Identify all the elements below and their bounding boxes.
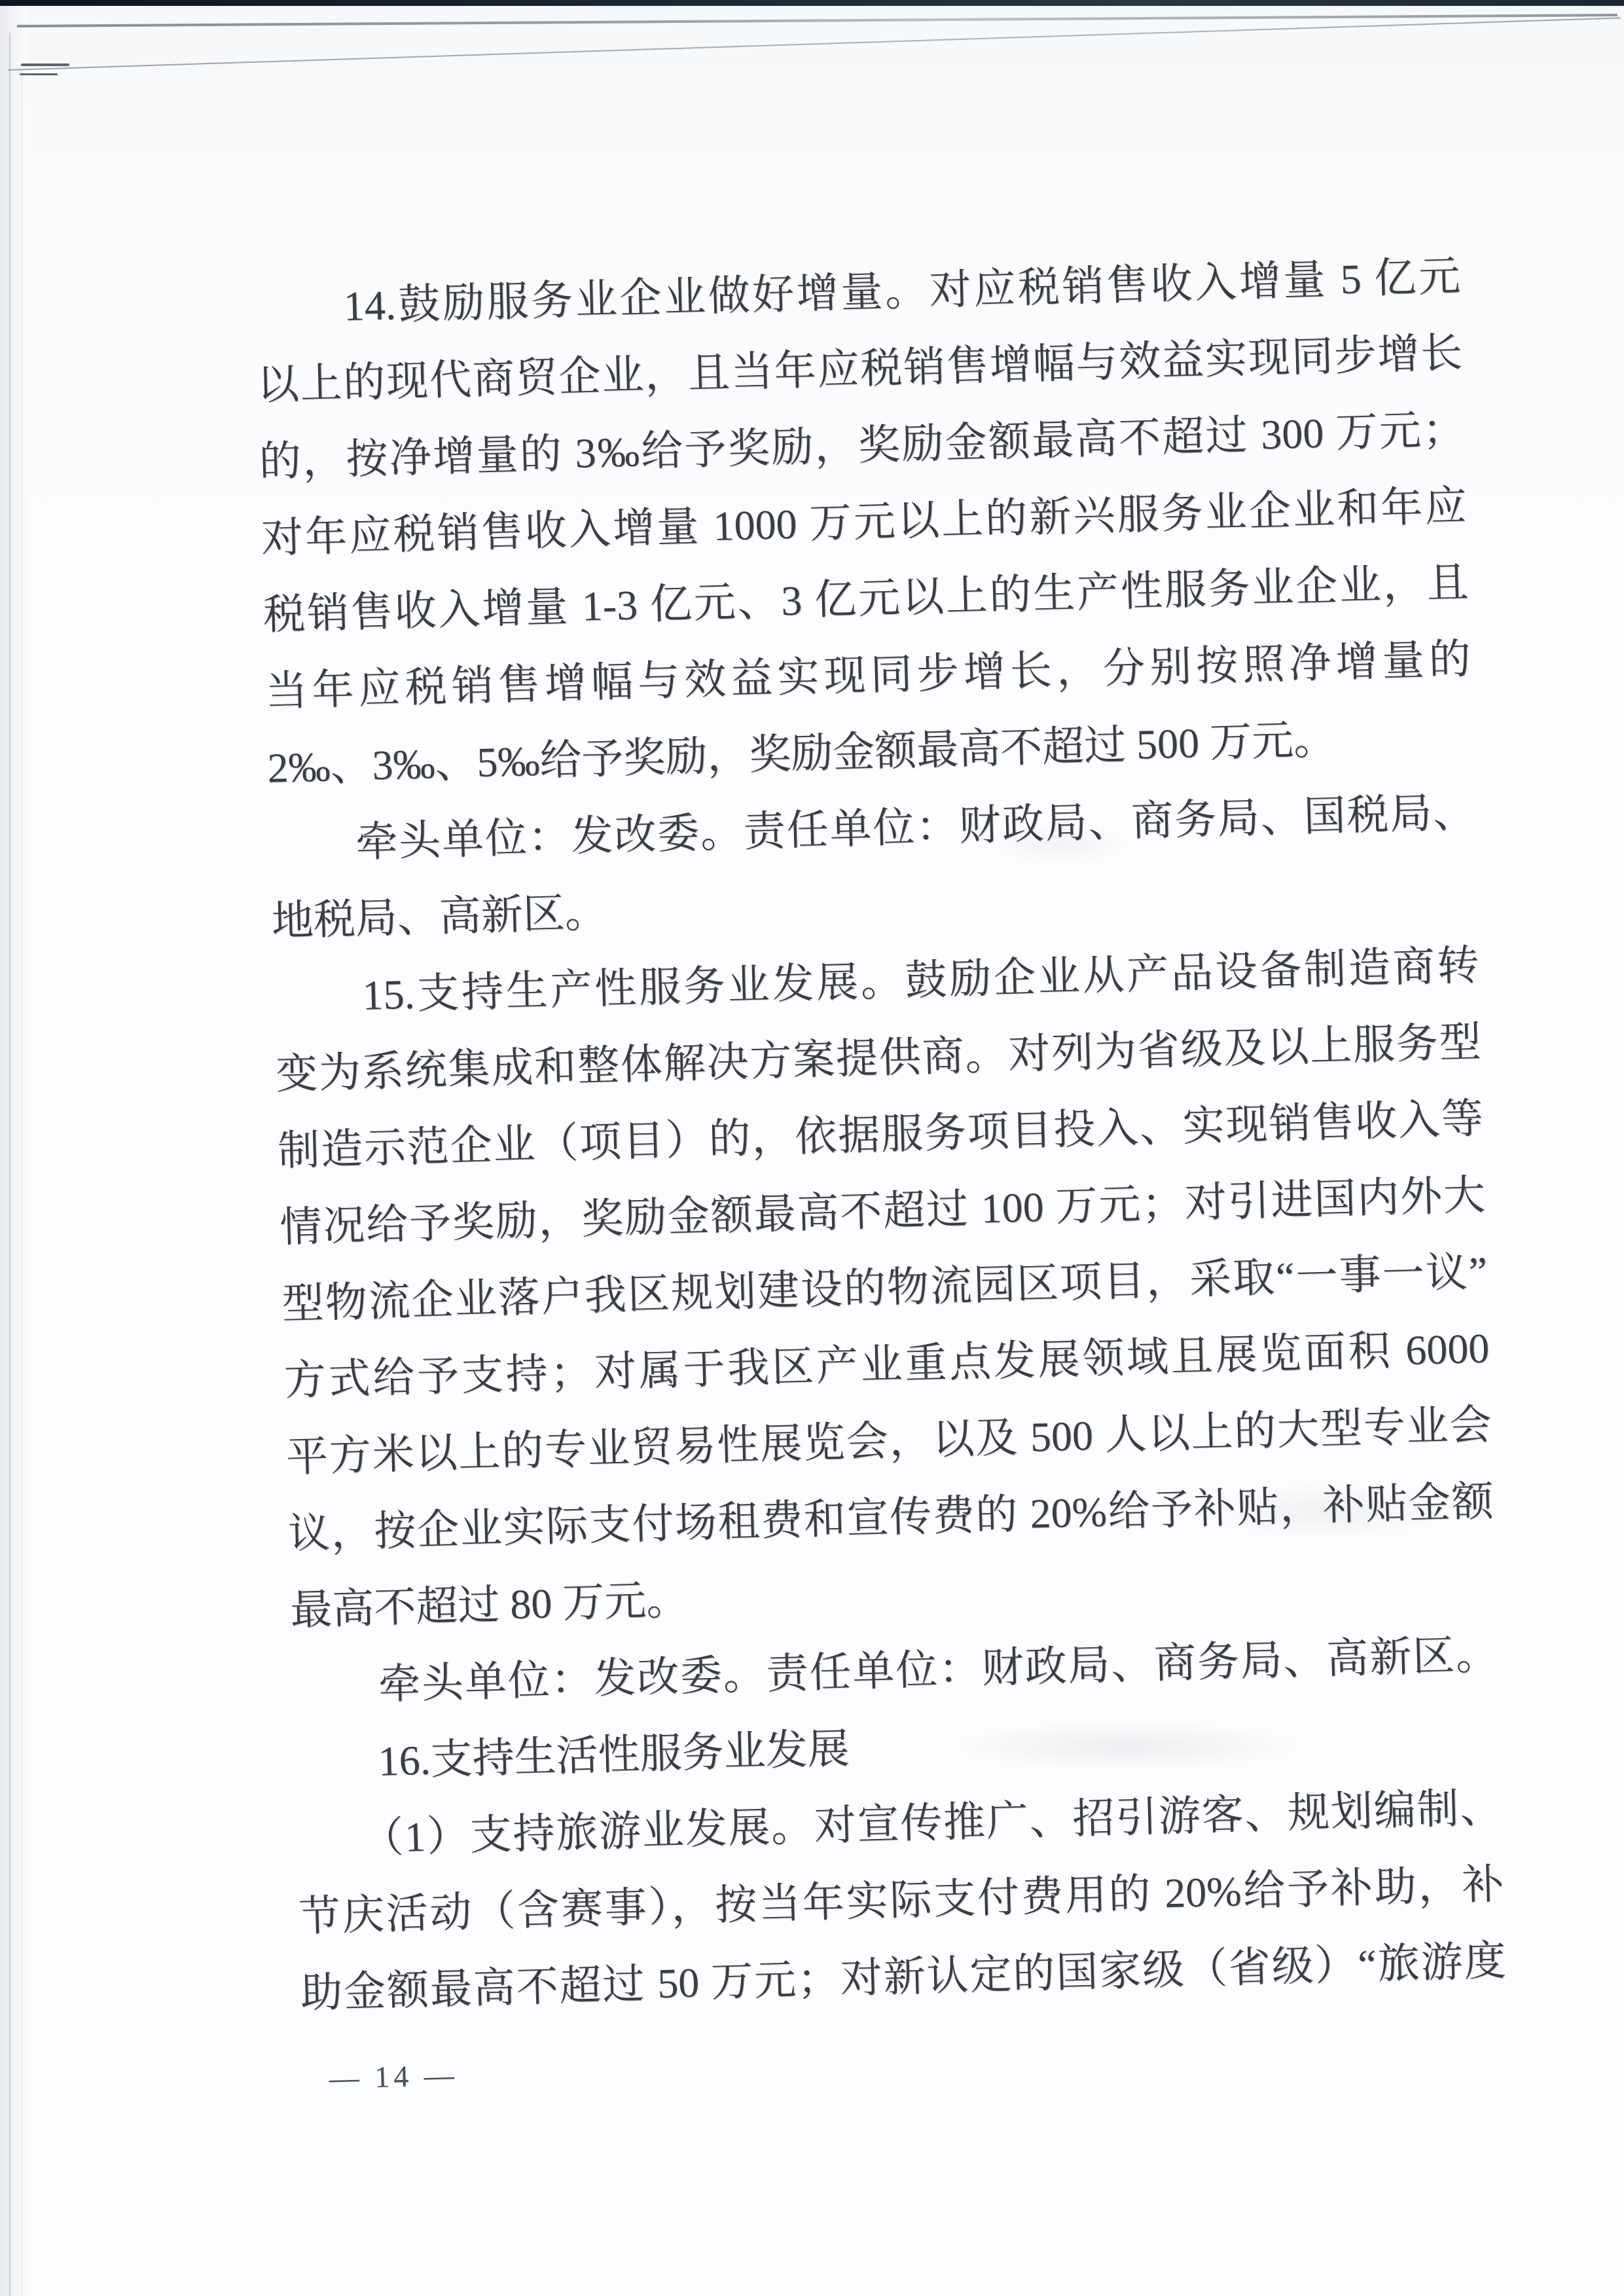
- scan-artifact-tick: [21, 64, 69, 66]
- paper-left-edge-line: [9, 33, 10, 2296]
- document-body-text: 14.鼓励服务业企业做好增量。对应税销售收入增量 5 亿元以上的现代商贸企业，且…: [254, 238, 1507, 2032]
- scanned-document-screenshot: { "document": { "lines": [ {"text": " 14…: [0, 0, 1624, 2296]
- paper-left-edge-line-2: [22, 72, 22, 2296]
- scanner-top-edge-bar: [0, 0, 1624, 6]
- scan-artifact-tick: [20, 73, 58, 75]
- scanned-page: 14.鼓励服务业企业做好增量。对应税销售收入增量 5 亿元以上的现代商贸企业，且…: [0, 0, 1624, 2296]
- paper-left-edge-strip: [0, 0, 27, 2296]
- page-number: — 14 —: [329, 2058, 458, 2096]
- document-text-block: 14.鼓励服务业企业做好增量。对应税销售收入增量 5 亿元以上的现代商贸企业，且…: [254, 238, 1509, 2096]
